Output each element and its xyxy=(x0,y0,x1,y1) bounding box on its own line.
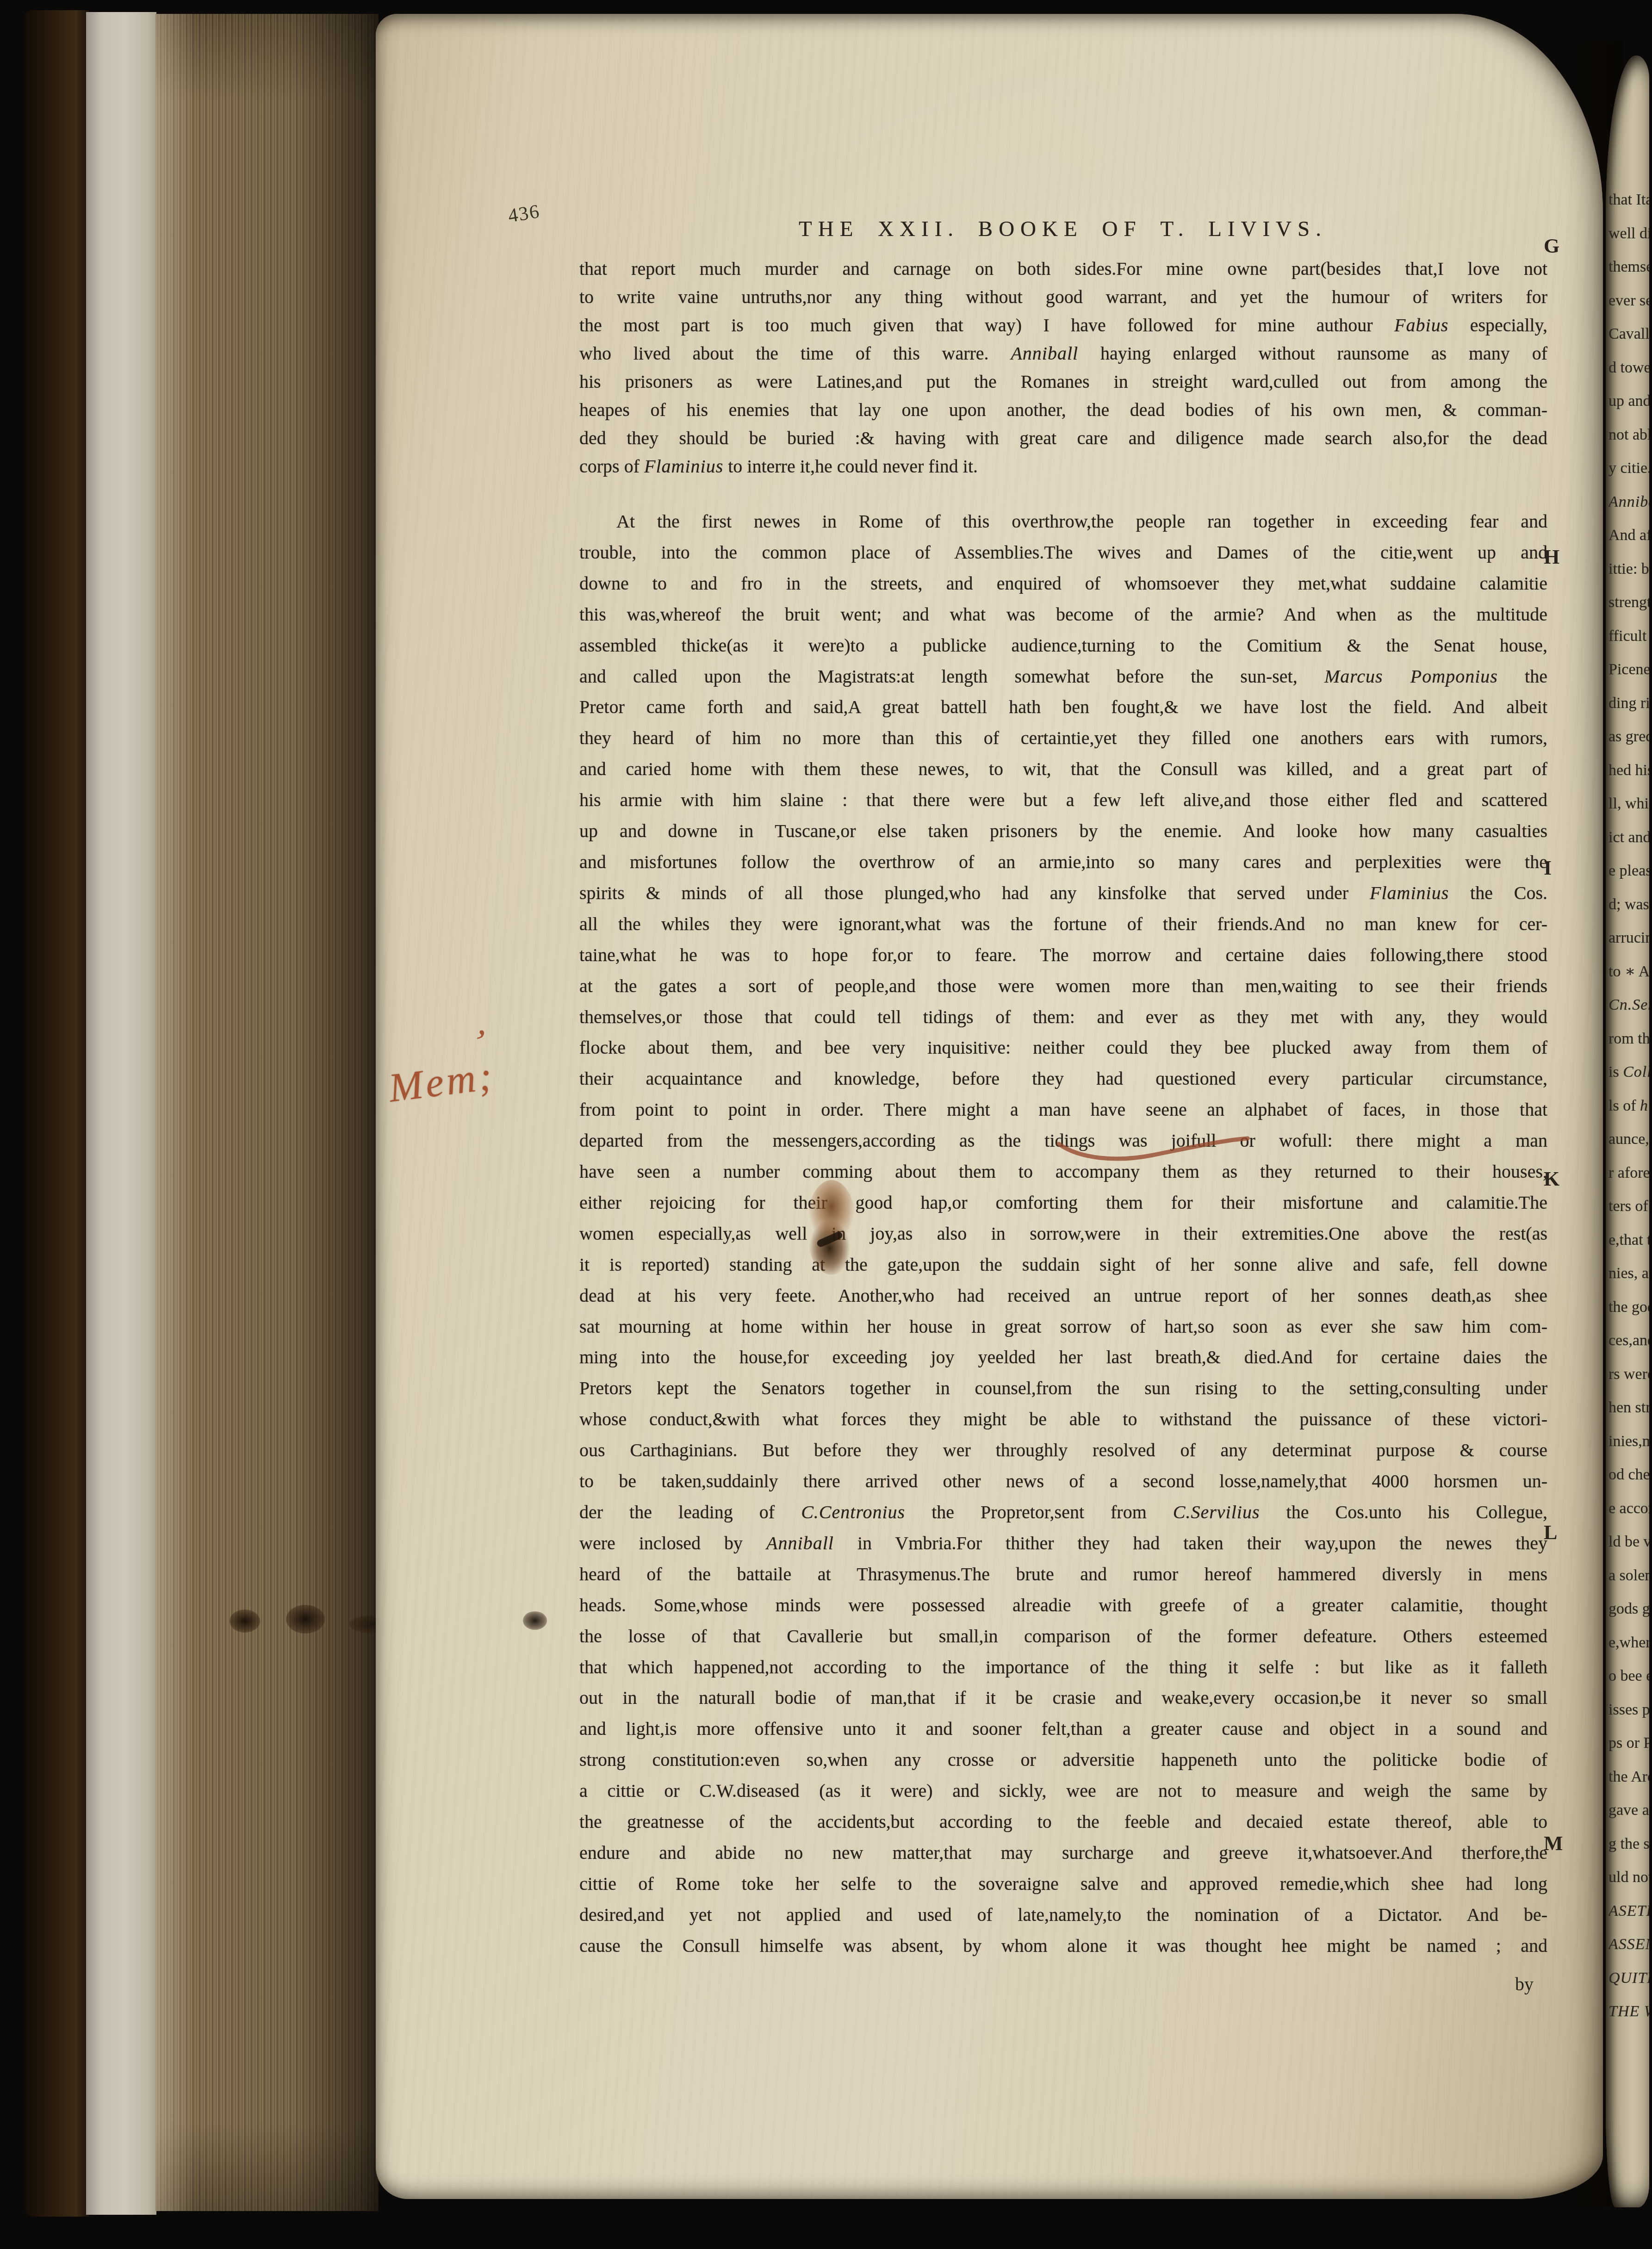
fore-edge-text-fragment: isses perfo xyxy=(1609,1693,1649,1727)
text-line: sat mourning at home within her house in… xyxy=(579,1311,1547,1342)
fore-edge-text-fragment: e accompl xyxy=(1609,1492,1649,1526)
text-line: to write vaine untruths,nor any thing wi… xyxy=(579,283,1547,311)
fore-edge-text-fragment: gods graun xyxy=(1609,1592,1649,1626)
text-line: spirits & minds of all those plunged,who… xyxy=(579,878,1547,909)
book-scan: that Itawell dispathemselveever seeneCav… xyxy=(0,0,1652,2249)
text-line: the most part is too much given that way… xyxy=(579,311,1547,339)
margin-letter: L xyxy=(1544,1521,1585,1832)
text-line: At the first newes in Rome of this overt… xyxy=(579,506,1547,537)
ink-speck xyxy=(286,1605,325,1634)
text-line: heapes of his enemies that lay one upon … xyxy=(579,396,1547,424)
text-line: who lived about the time of this warre. … xyxy=(579,339,1547,367)
text-line: and light,is more offensive unto it and … xyxy=(579,1714,1547,1745)
fore-edge-text-fragment: uld not bee xyxy=(1609,1861,1649,1895)
fore-edge-text-fragment: aunce, pu xyxy=(1609,1123,1649,1156)
text-line: and caried home with them these newes, t… xyxy=(579,754,1547,785)
text-line: heads. Some,whose minds were possessed a… xyxy=(579,1590,1547,1621)
text-line: the greatnesse of the accidents,but acco… xyxy=(579,1807,1547,1838)
text-line: at the gates a sort of people,and those … xyxy=(579,971,1547,1002)
text-line: a cittie or C.W.diseased (as it were) an… xyxy=(579,1776,1547,1807)
text-line: either rejoicing for their good hap,or c… xyxy=(579,1187,1547,1218)
fore-edge-text-fragment: ittie: but f xyxy=(1609,553,1649,586)
text-line: downe to and fro in the streets, and enq… xyxy=(579,568,1547,599)
fore-edge-text-fragment: hed his f xyxy=(1609,754,1649,788)
fore-edge-text-fragment: And after xyxy=(1609,519,1649,553)
text-line: out in the naturall bodie of man,that if… xyxy=(579,1683,1547,1714)
text-line: trouble, into the common place of Assemb… xyxy=(579,537,1547,568)
fore-edge-text-fragment: arrucines a xyxy=(1609,921,1649,955)
fore-edge-text-fragment: well dispa xyxy=(1609,217,1649,251)
text-line: their acquaintance and knowledge, before… xyxy=(579,1063,1547,1094)
fore-edge-text-fragment: is Collea xyxy=(1609,1056,1649,1089)
fore-edge-text-fragment: Anniball in xyxy=(1609,485,1649,519)
catchword: by xyxy=(579,1973,1534,1995)
text-line: to be taken,suddainly there arrived othe… xyxy=(579,1466,1547,1497)
text-line: der the leading of C.Centronius the Prop… xyxy=(579,1497,1547,1528)
text-line: this was,whereof the bruit went; and wha… xyxy=(579,599,1547,630)
fore-edge-text-fragment: e,that the C xyxy=(1609,1224,1649,1257)
text-line: taine,what he was to hope for,or to fear… xyxy=(579,940,1547,971)
facing-page-fore-edge: that Itawell dispathemselveever seeneCav… xyxy=(1606,56,1649,2207)
text-line: from point to point in order. There migh… xyxy=(579,1094,1547,1125)
fore-edge-text-fragment: gave advise xyxy=(1609,1794,1649,1827)
margin-letter: M xyxy=(1544,1832,1585,2143)
fore-edge-text-fragment: rom them xyxy=(1609,1022,1649,1056)
fore-edge-text-fragment: e,wherein xyxy=(1609,1626,1649,1660)
flyleaf-paper-edge xyxy=(86,12,156,2215)
fore-edge-text-fragment: r aforesaid xyxy=(1609,1156,1649,1190)
fore-edge-text-fragment: strength xyxy=(1609,586,1649,620)
fore-edge-text-fragment: inies,ma xyxy=(1609,1425,1649,1459)
text-line: his armie with him slaine : that there w… xyxy=(579,785,1547,816)
text-line: ded they should be buried :& having with… xyxy=(579,424,1547,452)
fore-edge-text-fragment: e pleasure xyxy=(1609,854,1649,888)
page-block-edge xyxy=(155,14,379,2211)
fore-edge-text-fragment: hen stran xyxy=(1609,1391,1649,1425)
margin-letter: H xyxy=(1544,545,1585,856)
fore-edge-text-fragment: ters of reli xyxy=(1609,1190,1649,1224)
fore-edge-text-fragment: ASETH IT xyxy=(1609,1895,1649,1928)
margin-section-letters: GHIKLM xyxy=(1544,234,1585,2143)
page-block-shading xyxy=(155,14,379,2211)
fore-edge-text-fragment: ASSENT T xyxy=(1609,1928,1649,1962)
fore-edge-text-fragment: ces,and w xyxy=(1609,1324,1649,1358)
text-line: dead at his very feete. Another,who had … xyxy=(579,1280,1547,1311)
fore-edge-text-fragment: d; wasting xyxy=(1609,888,1649,922)
fore-edge-text-fragment: that Ita xyxy=(1609,183,1649,217)
text-line: and misfortunes follow the overthrow of … xyxy=(579,847,1547,878)
text-line: strong constitution:even so,when any cro… xyxy=(579,1745,1547,1776)
fore-edge-text-fragment: y citie. xyxy=(1609,452,1649,485)
fore-edge-text-fragment: Cavalleri xyxy=(1609,317,1649,351)
fore-edge-text-fragment: nies, and th xyxy=(1609,1257,1649,1291)
text-line: the losse of that Cavallerie but small,i… xyxy=(579,1621,1547,1652)
paragraph-main: At the first newes in Rome of this overt… xyxy=(579,506,1547,1962)
text-line: Pretors kept the Senators together in co… xyxy=(579,1373,1547,1404)
text-line: ous Carthaginians. But before they wer t… xyxy=(579,1435,1547,1466)
fore-edge-text-fragment: up and bre xyxy=(1609,385,1649,418)
fore-edge-text-fragment: ld be vowe xyxy=(1609,1525,1649,1559)
text-line: it is reported) standing at the gate,upo… xyxy=(579,1249,1547,1280)
text-line: ming into the house,for exceeding joy ye… xyxy=(579,1342,1547,1373)
fore-edge-text-fragment: a solemne f xyxy=(1609,1559,1649,1593)
fore-edge-text-fragment: to ∗ Apul xyxy=(1609,955,1649,989)
text-line: they heard of him no more than this of c… xyxy=(579,723,1547,754)
text-line: cause the Consull himselfe was absent, b… xyxy=(579,1931,1547,1962)
text-line: cittie of Rome toke her selfe to the sov… xyxy=(579,1869,1547,1900)
ink-speck xyxy=(523,1611,547,1630)
pen-underline-mark xyxy=(1056,1128,1250,1167)
paragraph-continued: that report much murder and carnage on b… xyxy=(579,255,1547,480)
fore-edge-text-fragment: g the sacre xyxy=(1609,1827,1649,1861)
book-cover-edge xyxy=(24,10,89,2217)
fore-edge-text-fragment: the Arch-p xyxy=(1609,1760,1649,1794)
fore-edge-text-fragment: rs were c xyxy=(1609,1358,1649,1392)
margin-letter: G xyxy=(1544,234,1585,545)
text-line: up and downe in Tuscane,or else taken pr… xyxy=(579,816,1547,847)
fore-edge-text-fragment: Picene co xyxy=(1609,653,1649,687)
text-line: that which happened,not according to the… xyxy=(579,1652,1547,1683)
text-line: assembled thicke(as it were)to a publick… xyxy=(579,630,1547,661)
running-title: THE XXII. BOOKE OF T. LIVIVS. xyxy=(579,217,1546,242)
text-line: heard of the battaile at Thrasymenus.The… xyxy=(579,1559,1547,1590)
fore-edge-text-fragment: as gredili xyxy=(1609,720,1649,754)
ink-speck xyxy=(230,1609,260,1633)
fore-edge-text: that Itawell dispathemselveever seeneCav… xyxy=(1609,183,1649,2029)
fore-edge-text-fragment: d towers o xyxy=(1609,351,1649,385)
text-line: whose conduct,&with what forces they mig… xyxy=(579,1404,1547,1435)
fore-edge-text-fragment: o bee empl xyxy=(1609,1659,1649,1693)
fore-edge-text-fragment: ps or Prel xyxy=(1609,1727,1649,1760)
margin-letter: I xyxy=(1544,856,1585,1167)
fore-edge-text-fragment: od cheev xyxy=(1609,1458,1649,1492)
fore-edge-text-fragment: QUITES, FO xyxy=(1609,1962,1649,1995)
fore-edge-text-fragment: ict and fi xyxy=(1609,821,1649,855)
text-line: desired,and yet not applied and used of … xyxy=(579,1900,1547,1931)
text-line: women especially,as well in joy,as also … xyxy=(579,1218,1547,1249)
text-line: his prisoners as were Latines,and put th… xyxy=(579,367,1547,396)
fore-edge-text-fragment: ever seene xyxy=(1609,284,1649,318)
text-line: Pretor came forth and said,A great batte… xyxy=(579,692,1547,723)
text-line: that report much murder and carnage on b… xyxy=(579,255,1547,283)
text-line: all the whiles they were ignorant,what w… xyxy=(579,909,1547,940)
fore-edge-text-fragment: THE WARS xyxy=(1609,1995,1649,2029)
ink-blot xyxy=(806,1180,857,1275)
fore-edge-text-fragment: ding rich xyxy=(1609,687,1649,721)
fore-edge-text-fragment: fficult the xyxy=(1609,620,1649,653)
text-line: were inclosed by Anniball in Vmbria.For … xyxy=(579,1528,1547,1559)
page-surface: 436 THE XXII. BOOKE OF T. LIVIVS. that r… xyxy=(376,14,1603,2199)
text-line: themselves,or those that could tell tidi… xyxy=(579,1002,1547,1033)
fore-edge-text-fragment: the gods t xyxy=(1609,1291,1649,1324)
margin-letter: K xyxy=(1544,1167,1585,1478)
fore-edge-text-fragment: themselve xyxy=(1609,250,1649,284)
fore-edge-text-fragment: ls of his n xyxy=(1609,1089,1649,1123)
text-line: flocke about them, and bee very inquisit… xyxy=(579,1032,1547,1063)
fore-edge-text-fragment: ll, which xyxy=(1609,787,1649,821)
fore-edge-text-fragment: Cn.Serv xyxy=(1609,988,1649,1022)
text-line: and called upon the Magistrats:at length… xyxy=(579,661,1547,692)
text-line: endure and abide no new matter,that may … xyxy=(579,1838,1547,1869)
text-line: corps of Flaminius to interre it,he coul… xyxy=(579,452,1547,480)
fore-edge-text-fragment: not able to xyxy=(1609,418,1649,452)
